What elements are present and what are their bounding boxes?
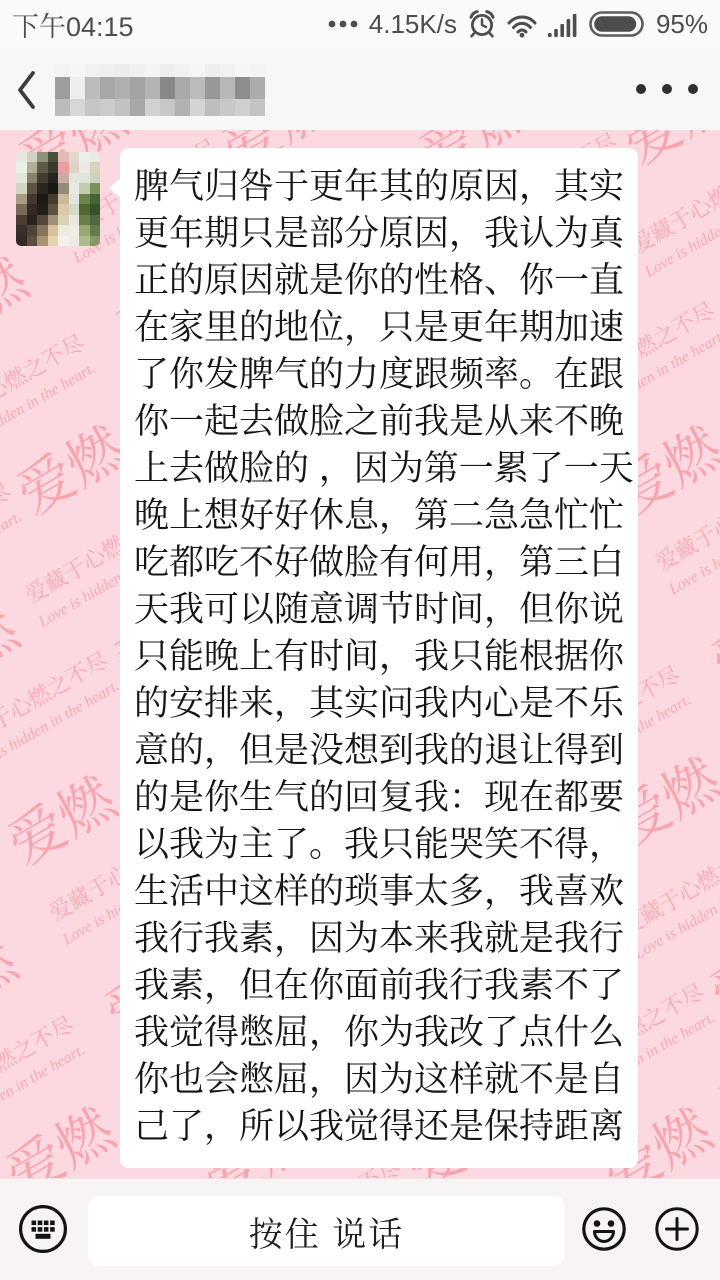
chevron-left-icon <box>16 70 38 110</box>
message-bubble[interactable]: 脾气归咎于更年其的原因，其实 更年期只是部分原因，我认为真 正的原因就是你的性格… <box>120 148 638 1168</box>
contact-avatar[interactable] <box>16 152 100 246</box>
bubble-tail <box>109 178 121 198</box>
phone-screen: 下午04:15 4.15K/s <box>0 0 720 1280</box>
dot-icon <box>662 84 672 94</box>
network-speed: 4.15K/s <box>369 9 457 40</box>
input-bar: 按住 说话 <box>0 1178 720 1280</box>
chat-area: 爱燃 爱藏于心燃之不尽 Love is hidden in the heart.… <box>0 130 720 1178</box>
hold-to-talk-button[interactable]: 按住 说话 <box>88 1196 565 1266</box>
status-bar: 下午04:15 4.15K/s <box>0 0 720 48</box>
smiley-icon <box>580 1205 628 1253</box>
back-button[interactable] <box>16 70 50 110</box>
alarm-icon <box>468 9 496 39</box>
more-actions-button[interactable] <box>653 1205 701 1253</box>
emoji-button[interactable] <box>580 1205 628 1253</box>
contact-name-blurred <box>55 64 265 116</box>
notification-dots-icon <box>328 19 358 29</box>
plus-icon <box>653 1205 701 1253</box>
status-time: 下午04:15 <box>12 5 134 44</box>
signal-bars-icon <box>548 11 578 37</box>
nav-bar <box>0 48 720 130</box>
keyboard-toggle-button[interactable] <box>17 1203 69 1255</box>
status-right-cluster: 4.15K/s <box>328 9 708 40</box>
keyboard-icon <box>17 1203 69 1255</box>
dot-icon <box>636 84 646 94</box>
dot-icon <box>688 84 698 94</box>
wifi-icon <box>507 11 537 38</box>
more-menu-button[interactable] <box>636 78 698 100</box>
message-text: 脾气归咎于更年其的原因，其实 更年期只是部分原因，我认为真 正的原因就是你的性格… <box>134 163 624 1150</box>
battery-percent: 95% <box>656 9 708 40</box>
battery-icon <box>589 11 645 37</box>
